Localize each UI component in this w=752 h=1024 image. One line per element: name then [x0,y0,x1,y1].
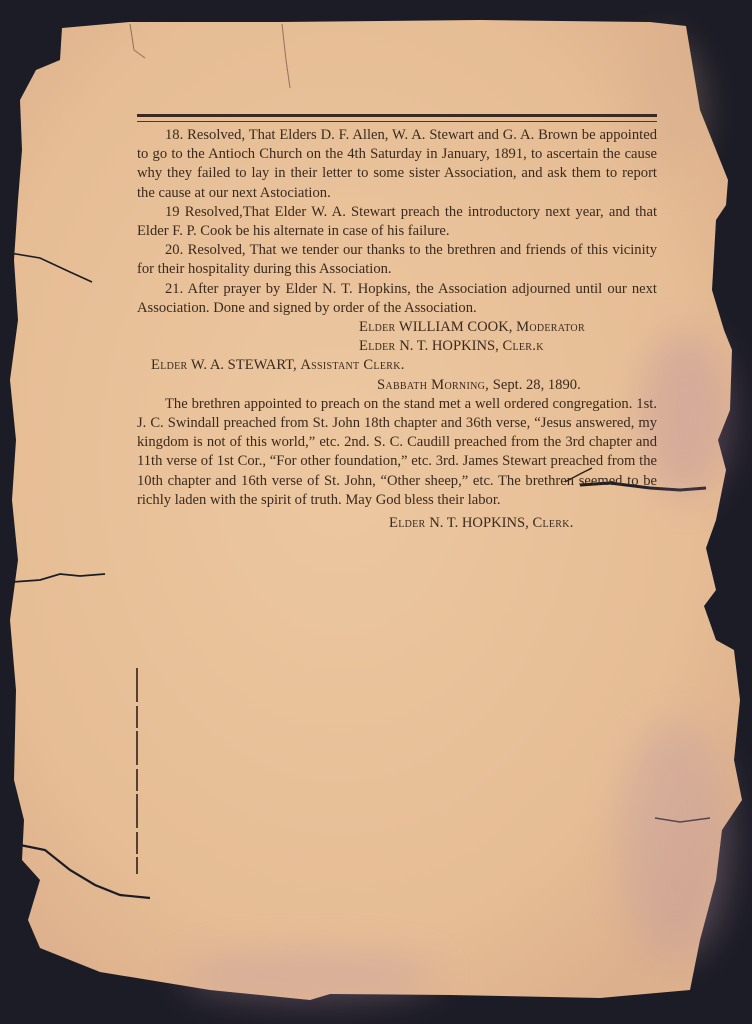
signature-clerk: Elder N. T. HOPKINS, Cler.k [137,337,657,356]
signature-title: Elder [151,357,188,373]
signature-role: Moderator [516,319,585,335]
dateline: Sabbath Morning, Sept. 28, 1890. [137,376,657,395]
dateline-date: Sept. 28, 1890. [493,377,581,393]
paper-stain [180,950,440,1000]
paper-stain [620,720,730,960]
signature-title: Elder [359,338,396,354]
document-body: 18. Resolved, That Elders D. F. Allen, W… [137,114,657,533]
signature-name: N. T. HOPKINS, [429,515,529,531]
signature-moderator: Elder WILLIAM COOK, Moderator [137,318,657,337]
signature-assistant-clerk: Elder W. A. STEWART, Assistant Clerk. [137,356,657,375]
sabbath-paragraph: The brethren appointed to preach on the … [137,395,657,510]
resolution-19: 19 Resolved,That Elder W. A. Stewart pre… [137,203,657,241]
resolution-21: 21. After prayer by Elder N. T. Hopkins,… [137,280,657,318]
margin-rule [136,668,138,874]
signature-role: Clerk. [532,515,573,531]
resolution-18: 18. Resolved, That Elders D. F. Allen, W… [137,126,657,203]
signature-title: Elder [389,515,426,531]
signature-title: Elder [359,319,396,335]
top-rule-thin [137,121,657,122]
signature-role: Cler.k [502,338,543,354]
signature-name: W. A. STEWART, [191,357,297,373]
signature-role: Assistant Clerk. [300,357,404,373]
dateline-label: Sabbath Morning, [377,377,489,393]
closing-signature: Elder N. T. HOPKINS, Clerk. [137,514,657,533]
signature-name: N. T. HOPKINS, [399,338,499,354]
resolution-20: 20. Resolved, That we tender our thanks … [137,241,657,279]
signature-name: WILLIAM COOK, [399,319,513,335]
top-rule-thick [137,114,657,117]
